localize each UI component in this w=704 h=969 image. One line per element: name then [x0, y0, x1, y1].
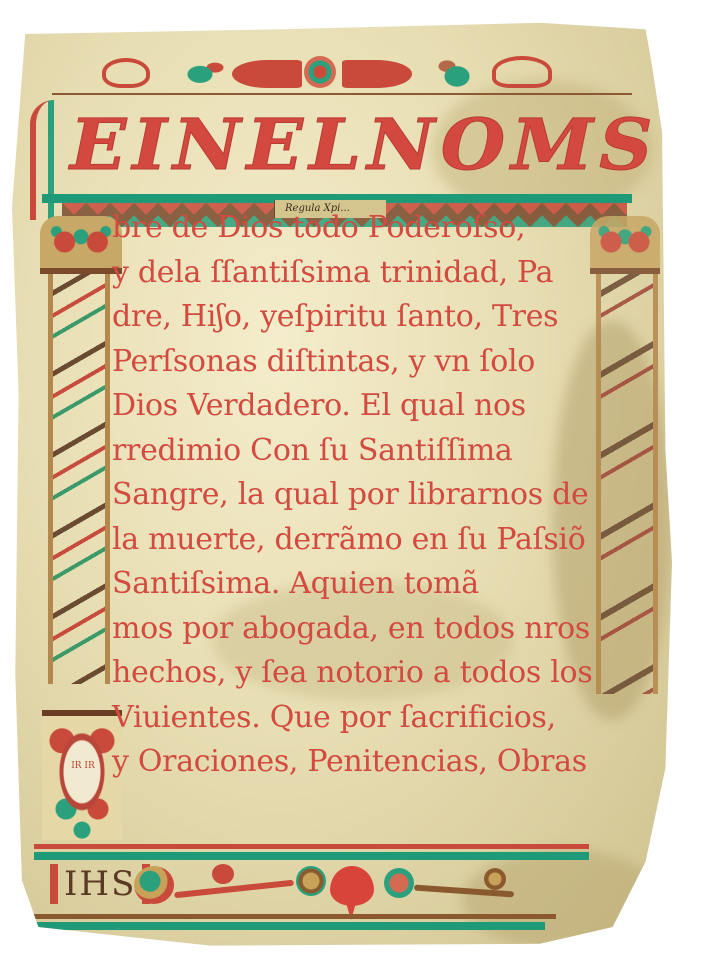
- right-column-capital: [590, 216, 660, 274]
- bottom-green-stripe-lower: [34, 922, 545, 930]
- bottom-red-stripe: [34, 844, 589, 849]
- text-line: mos por abogada, en todos nros: [112, 607, 592, 652]
- bottom-green-stripe: [34, 852, 589, 860]
- flower-ornament: [384, 868, 414, 898]
- heart-ornament: [330, 866, 374, 906]
- flower-ornament: [134, 866, 174, 904]
- left-column-capital: [40, 216, 122, 274]
- fleur-ornament: [102, 58, 150, 88]
- text-line: rredimio Con ſu Santiſſima: [112, 429, 592, 474]
- flower-ornament: [296, 866, 326, 896]
- manuscript-title: EINELNOMS: [70, 104, 659, 186]
- text-line: Dios Verdadero. El qual nos: [112, 384, 592, 429]
- text-line: Sangre, la qual por librarnos de: [112, 473, 592, 518]
- text-line: la muerte, derrãmo en ſu Paſsiõ: [112, 518, 592, 563]
- text-line: y Oraciones, Penitencias, Obras: [112, 740, 592, 785]
- text-line: dre, Hiʃo, yeſpiritu ſanto, Tres: [112, 295, 592, 340]
- flower-ornament: [212, 864, 234, 884]
- text-line: Viuientes. Que por ſacrificios,: [112, 696, 592, 741]
- leaf-ornament: [432, 56, 482, 90]
- shield-mark: IR IR: [70, 760, 96, 788]
- fleur-ornament: [492, 56, 552, 88]
- manuscript-page: EINELNOMS Regula Xpi... IR IR bre de Dio…: [12, 20, 672, 955]
- vine-ornament: [174, 880, 294, 899]
- text-line: bre de Dios todo Poderoſso,: [112, 206, 592, 251]
- manuscript-body: bre de Dios todo Poderoſso, y dela ſſant…: [112, 206, 592, 785]
- right-column: [596, 274, 658, 694]
- bottom-ornament-band: IHS: [34, 838, 589, 922]
- bottom-brown-stripe: [34, 914, 556, 919]
- top-ornament-band: [52, 50, 632, 95]
- scroll-ornament-left: [232, 60, 302, 88]
- left-column: [48, 274, 110, 684]
- text-line: Santiſsima. Aquien tomã: [112, 562, 592, 607]
- title-band: EINELNOMS: [52, 98, 644, 193]
- flower-ornament: [484, 868, 506, 890]
- leaf-ornament: [180, 54, 230, 88]
- rosette-ornament: [304, 56, 336, 88]
- text-line: Perſsonas diſtintas, y vn ſolo: [112, 340, 592, 385]
- text-line: hechos, y ſea notorio a todos los: [112, 651, 592, 696]
- text-line: y dela ſſantiſsima trinidad, Pa: [112, 251, 592, 296]
- scroll-ornament-right: [342, 60, 412, 88]
